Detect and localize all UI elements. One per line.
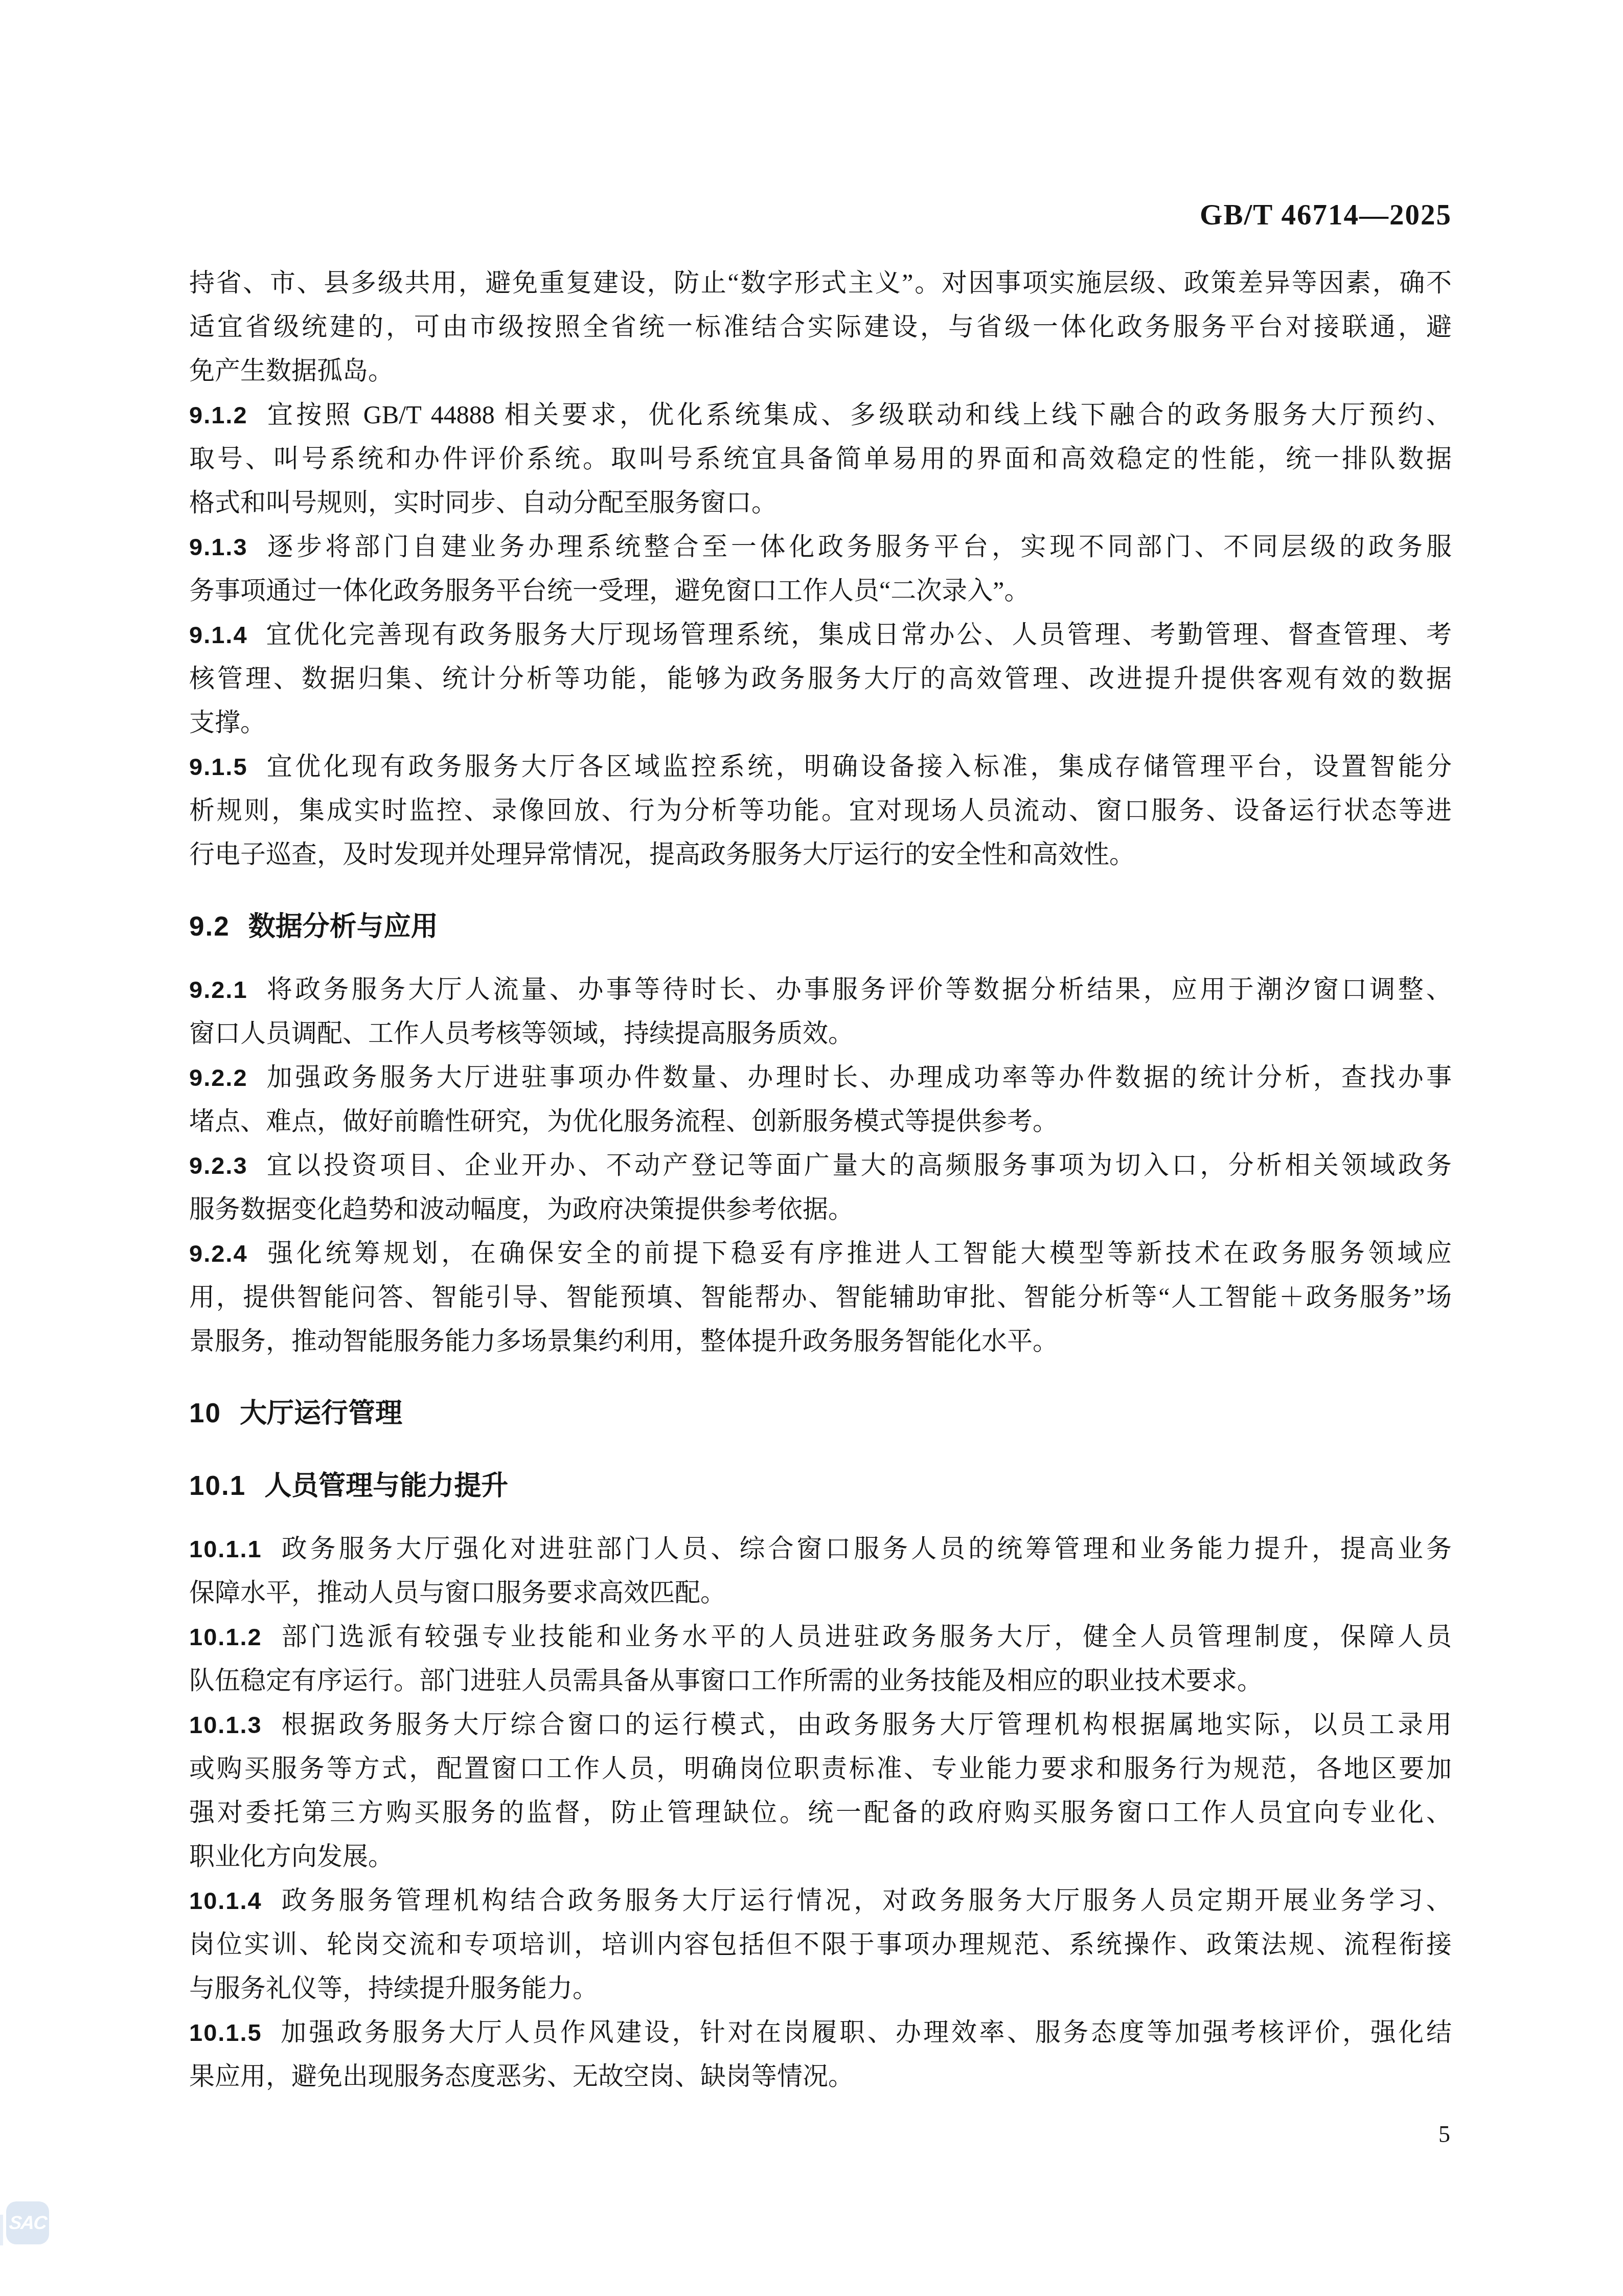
text-line: 取号、叫号系统和办件评价系统。取叫号系统宜具备简单易用的界面和高效稳定的性能，统… xyxy=(189,437,1452,481)
sac-logo-watermark: SAC xyxy=(6,2201,49,2244)
clause-10.1.4: 10.1.4政务服务管理机构结合政务服务大厅运行情况，对政务服务大厅服务人员定期… xyxy=(189,1878,1452,2010)
text-line: 或购买服务等方式，配置窗口工作人员，明确岗位职责标准、专业能力要求和服务行为规范… xyxy=(189,1746,1452,1790)
clause-9.1.4: 9.1.4宜优化完善现有政务服务大厅现场管理系统，集成日常办公、人员管理、考勤管… xyxy=(189,612,1452,744)
text-line: 用，提供智能问答、智能引导、智能预填、智能帮办、智能辅助审批、智能分析等“人工智… xyxy=(189,1275,1452,1319)
clause-number: 10.1.1 xyxy=(189,1535,262,1562)
document-body: 持省、市、县多级共用，避免重复建设，防止“数字形式主义”。对因事项实施层级、政策… xyxy=(189,261,1452,2098)
standard-number-header: GB/T 46714—2025 xyxy=(1200,198,1452,232)
text-line: 支撑。 xyxy=(189,700,1452,744)
text-line: 持省、市、县多级共用，避免重复建设，防止“数字形式主义”。对因事项实施层级、政策… xyxy=(189,261,1452,305)
clause-number: 9.2.4 xyxy=(189,1240,248,1267)
clause-9.2.2: 9.2.2加强政务服务大厅进驻事项办件数量、办理时长、办理成功率等办件数据的统计… xyxy=(189,1055,1452,1143)
text-line: 行电子巡查，及时发现并处理异常情况，提高政务服务大厅运行的安全性和高效性。 xyxy=(189,832,1452,876)
section-heading-10.1: 10.1人员管理与能力提升 xyxy=(189,1464,1452,1508)
clause-9.2.4: 9.2.4强化统筹规划，在确保安全的前提下稳妥有序推进人工智能大模型等新技术在政… xyxy=(189,1231,1452,1363)
text-line: 9.2.4强化统筹规划，在确保安全的前提下稳妥有序推进人工智能大模型等新技术在政… xyxy=(189,1231,1452,1275)
clause-number: 10.1.4 xyxy=(189,1887,262,1914)
text-line: 服务数据变化趋势和波动幅度，为政府决策提供参考依据。 xyxy=(189,1187,1452,1231)
clause-number: 9.2.2 xyxy=(189,1064,248,1091)
clause-9.1.3: 9.1.3逐步将部门自建业务办理系统整合至一体化政务服务平台，实现不同部门、不同… xyxy=(189,525,1452,612)
text-line: 9.1.2宜按照 GB/T 44888 相关要求，优化系统集成、多级联动和线上线… xyxy=(189,393,1452,437)
clause-number: 9.1.4 xyxy=(189,621,248,648)
continuation-paragraph: 持省、市、县多级共用，避免重复建设，防止“数字形式主义”。对因事项实施层级、政策… xyxy=(189,261,1452,393)
text-line: 岗位实训、轮岗交流和专项培训，培训内容包括但不限于事项办理规范、系统操作、政策法… xyxy=(189,1922,1452,1966)
text-line: 景服务，推动智能服务能力多场景集约利用，整体提升政务服务智能化水平。 xyxy=(189,1319,1452,1363)
text-line: 10.1.1政务服务大厅强化对进驻部门人员、综合窗口服务人员的统筹管理和业务能力… xyxy=(189,1527,1452,1571)
text-line: 10.1.5加强政务服务大厅人员作风建设，针对在岗履职、办理效率、服务态度等加强… xyxy=(189,2010,1452,2054)
clause-10.1.2: 10.1.2部门选派有较强专业技能和业务水平的人员进驻政务服务大厅，健全人员管理… xyxy=(189,1615,1452,1702)
text-line: 9.2.3宜以投资项目、企业开办、不动产登记等面广量大的高频服务事项为切入口，分… xyxy=(189,1143,1452,1187)
text-line: 保障水平，推动人员与窗口服务要求高效匹配。 xyxy=(189,1571,1452,1615)
text-line: 核管理、数据归集、统计分析等功能，能够为政务服务大厅的高效管理、改进提升提供客观… xyxy=(189,656,1452,700)
heading-number: 9.2 xyxy=(189,912,230,942)
text-line: 队伍稳定有序运行。部门进驻人员需具备从事窗口工作所需的业务技能及相应的职业技术要… xyxy=(189,1658,1452,1702)
clause-number: 9.1.3 xyxy=(189,533,248,560)
page-number: 5 xyxy=(1438,2121,1450,2148)
clause-number: 10.1.5 xyxy=(189,2019,262,2046)
text-line: 9.1.4宜优化完善现有政务服务大厅现场管理系统，集成日常办公、人员管理、考勤管… xyxy=(189,612,1452,656)
text-line: 与服务礼仪等，持续提升服务能力。 xyxy=(189,1966,1452,2010)
clause-9.1.5: 9.1.5宜优化现有政务服务大厅各区域监控系统，明确设备接入标准，集成存储管理平… xyxy=(189,744,1452,876)
clause-number: 9.2.1 xyxy=(189,976,248,1003)
section-heading-10: 10大厅运行管理 xyxy=(189,1392,1452,1436)
clause-10.1.5: 10.1.5加强政务服务大厅人员作风建设，针对在岗履职、办理效率、服务态度等加强… xyxy=(189,2010,1452,2098)
clause-number: 10.1.3 xyxy=(189,1711,262,1738)
clause-number: 9.2.3 xyxy=(189,1152,248,1179)
section-heading-9.2: 9.2数据分析与应用 xyxy=(189,905,1452,949)
watermark-edge-sliver xyxy=(0,2215,3,2245)
clause-9.1.2: 9.1.2宜按照 GB/T 44888 相关要求，优化系统集成、多级联动和线上线… xyxy=(189,393,1452,525)
heading-title: 人员管理与能力提升 xyxy=(264,1471,508,1501)
text-line: 免产生数据孤岛。 xyxy=(189,349,1452,393)
clause-number: 9.1.2 xyxy=(189,401,248,428)
text-line: 适宜省级统建的，可由市级按照全省统一标准结合实际建设，与省级一体化政务服务平台对… xyxy=(189,305,1452,349)
text-line: 务事项通过一体化政务服务平台统一受理，避免窗口工作人员“二次录入”。 xyxy=(189,569,1452,612)
text-line: 果应用，避免出现服务态度恶劣、无故空岗、缺岗等情况。 xyxy=(189,2054,1452,2098)
clause-10.1.3: 10.1.3根据政务服务大厅综合窗口的运行模式，由政务服务大厅管理机构根据属地实… xyxy=(189,1702,1452,1878)
clause-10.1.1: 10.1.1政务服务大厅强化对进驻部门人员、综合窗口服务人员的统筹管理和业务能力… xyxy=(189,1527,1452,1615)
clause-number: 9.1.5 xyxy=(189,753,248,780)
text-line: 9.1.3逐步将部门自建业务办理系统整合至一体化政务服务平台，实现不同部门、不同… xyxy=(189,525,1452,569)
text-line: 9.2.2加强政务服务大厅进驻事项办件数量、办理时长、办理成功率等办件数据的统计… xyxy=(189,1055,1452,1099)
text-line: 9.1.5宜优化现有政务服务大厅各区域监控系统，明确设备接入标准，集成存储管理平… xyxy=(189,744,1452,788)
text-line: 析规则，集成实时监控、录像回放、行为分析等功能。宜对现场人员流动、窗口服务、设备… xyxy=(189,788,1452,832)
text-line: 9.2.1将政务服务大厅人流量、办事等待时长、办事服务评价等数据分析结果，应用于… xyxy=(189,967,1452,1011)
heading-title: 大厅运行管理 xyxy=(240,1398,402,1428)
sac-logo-text: SAC xyxy=(8,2212,48,2234)
text-line: 强对委托第三方购买服务的监督，防止管理缺位。统一配备的政府购买服务窗口工作人员宜… xyxy=(189,1790,1452,1834)
clause-9.2.3: 9.2.3宜以投资项目、企业开办、不动产登记等面广量大的高频服务事项为切入口，分… xyxy=(189,1143,1452,1231)
text-line: 职业化方向发展。 xyxy=(189,1834,1452,1878)
text-line: 格式和叫号规则，实时同步、自动分配至服务窗口。 xyxy=(189,481,1452,525)
text-line: 10.1.2部门选派有较强专业技能和业务水平的人员进驻政务服务大厅，健全人员管理… xyxy=(189,1615,1452,1658)
clause-number: 10.1.2 xyxy=(189,1623,262,1650)
heading-number: 10 xyxy=(189,1398,221,1428)
heading-number: 10.1 xyxy=(189,1471,246,1501)
text-line: 10.1.3根据政务服务大厅综合窗口的运行模式，由政务服务大厅管理机构根据属地实… xyxy=(189,1702,1452,1746)
clause-9.2.1: 9.2.1将政务服务大厅人流量、办事等待时长、办事服务评价等数据分析结果，应用于… xyxy=(189,967,1452,1055)
text-line: 10.1.4政务服务管理机构结合政务服务大厅运行情况，对政务服务大厅服务人员定期… xyxy=(189,1878,1452,1922)
heading-title: 数据分析与应用 xyxy=(248,912,438,942)
text-line: 堵点、难点，做好前瞻性研究，为优化服务流程、创新服务模式等提供参考。 xyxy=(189,1099,1452,1143)
document-page: { "page": { "header": "GB/T 46714—2025",… xyxy=(0,0,1623,2296)
text-line: 窗口人员调配、工作人员考核等领域，持续提高服务质效。 xyxy=(189,1011,1452,1055)
